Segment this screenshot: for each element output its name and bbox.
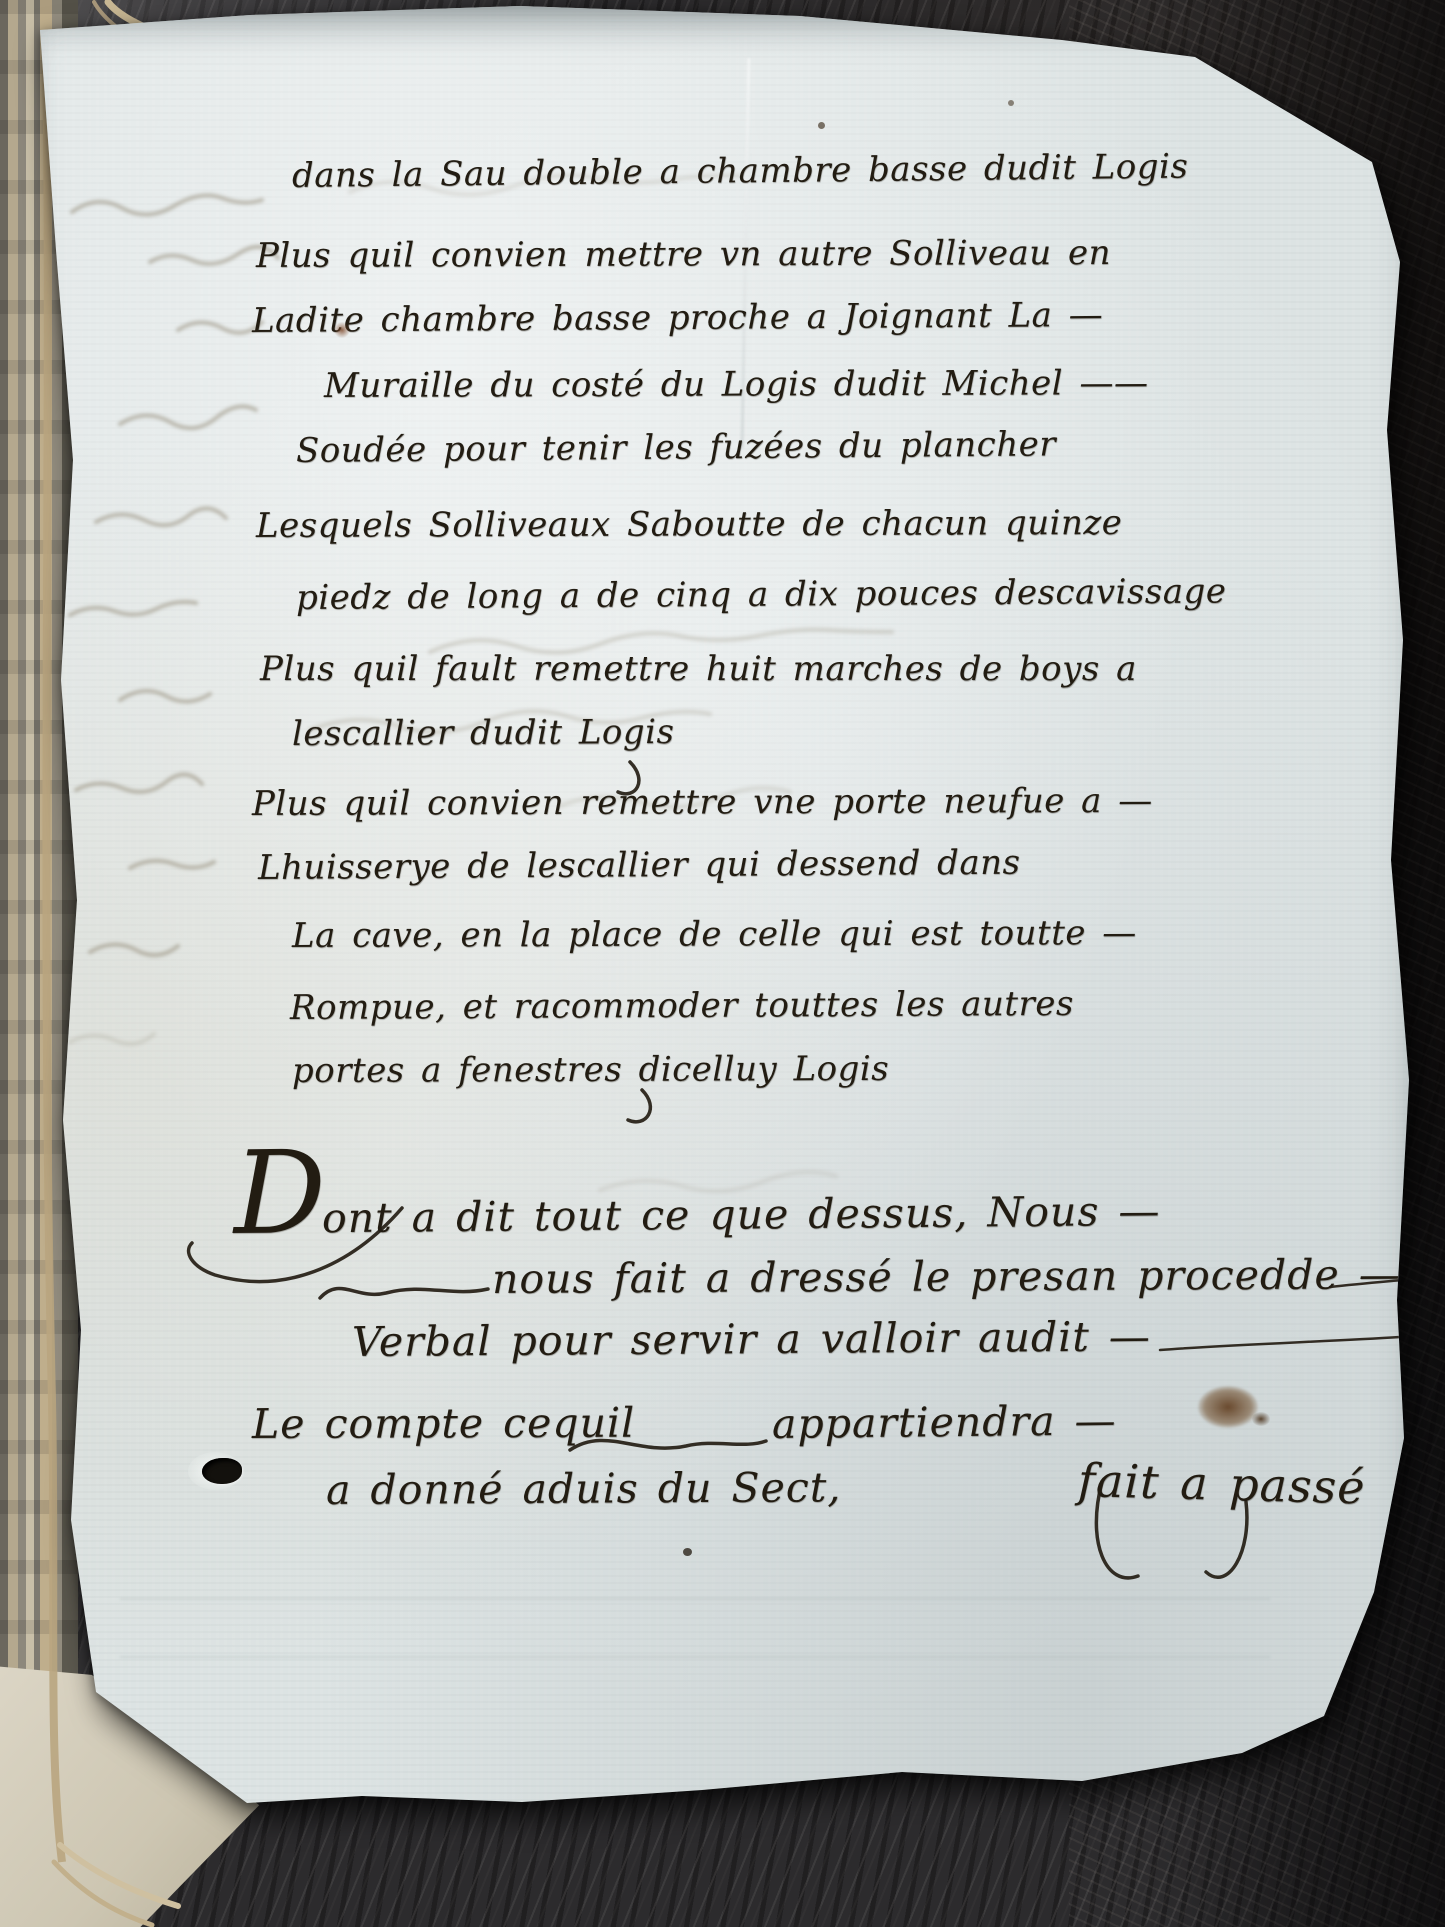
photo-of-manuscript: { "palette": { "wood_background": "#2c2b… bbox=[0, 0, 1445, 1927]
pen-flourishes bbox=[0, 0, 1445, 1927]
manuscript-page: dans la Sau double a chambre basse dudit… bbox=[0, 0, 1445, 1927]
manuscript-page-wrap: dans la Sau double a chambre basse dudit… bbox=[0, 0, 1445, 1927]
paper-hole bbox=[202, 1458, 242, 1484]
